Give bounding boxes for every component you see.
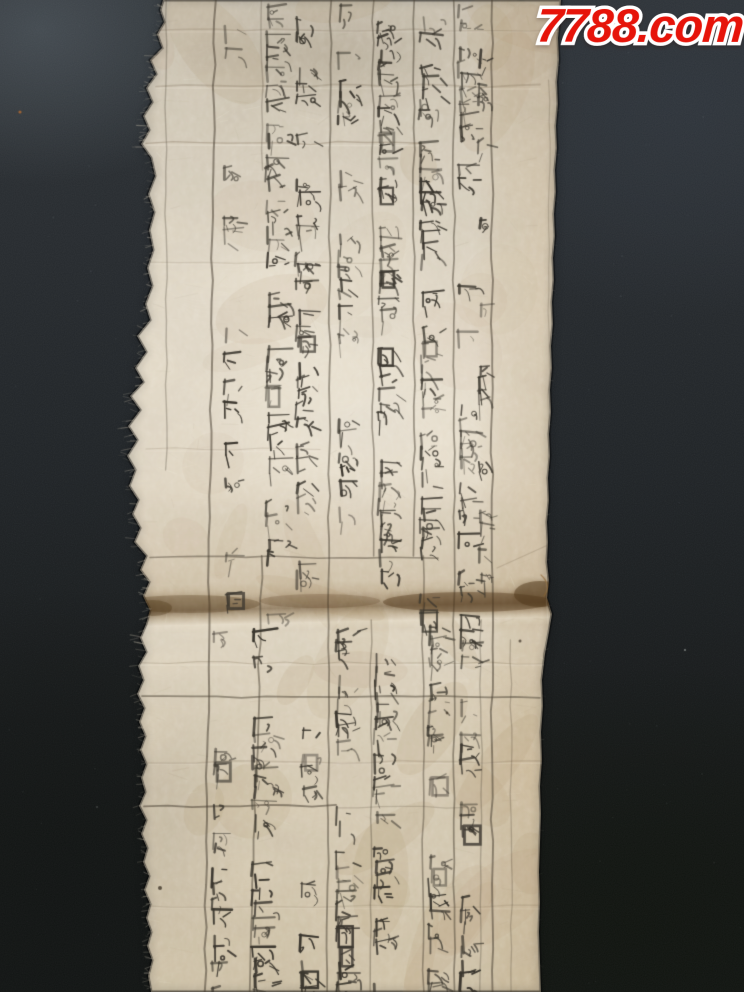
manuscript-photo: 7788.com 7788.com [0, 0, 744, 992]
watermark-text: 7788.com [535, 0, 744, 52]
watermark: 7788.com 7788.com [535, 2, 744, 49]
manuscript-ink-canvas [0, 0, 744, 992]
